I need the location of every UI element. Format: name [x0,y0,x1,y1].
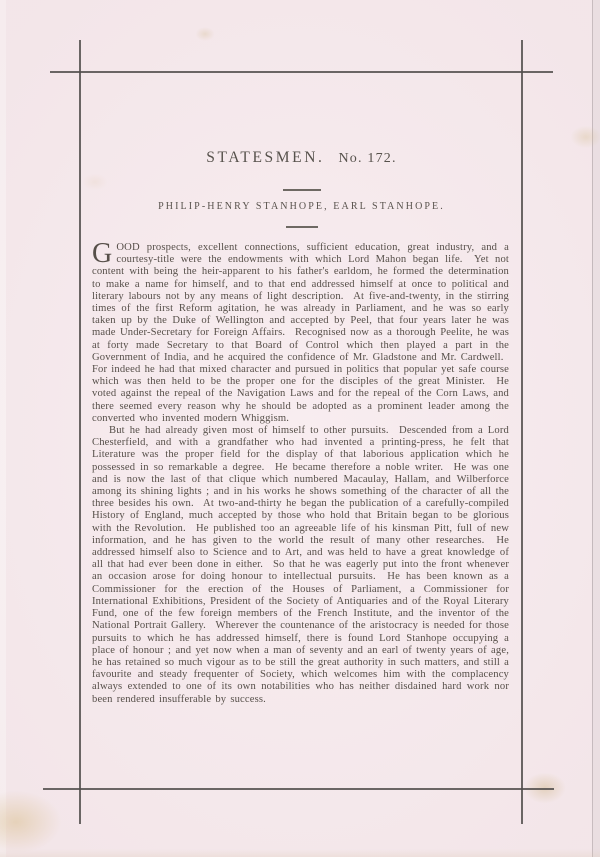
plate-border-bottom [43,788,554,790]
article-body: GOOD prospects, excellent connections, s… [92,242,509,706]
paper-edge-left [0,0,6,857]
scanned-document-page: STATESMEN.No. 172. PHILIP-HENRY STANHOPE… [0,0,600,857]
drop-cap-initial: G [92,242,116,265]
heading-divider-rule [283,189,321,191]
series-title: STATESMEN. [206,149,324,166]
plate-border-top [50,71,553,73]
paragraph-1: GOOD prospects, excellent connections, s… [92,242,509,425]
paper-edge-right [592,0,600,857]
series-heading: STATESMEN.No. 172. [80,149,523,167]
article-title: PHILIP-HENRY STANHOPE, EARL STANHOPE. [80,201,523,212]
title-divider-rule [286,226,318,228]
issue-number: No. 172. [338,151,396,166]
paragraph-1-text: OOD prospects, excellent connections, su… [92,242,509,424]
paragraph-2: But he had already given most of himself… [92,425,509,706]
paper-edge-bottom [0,849,600,857]
